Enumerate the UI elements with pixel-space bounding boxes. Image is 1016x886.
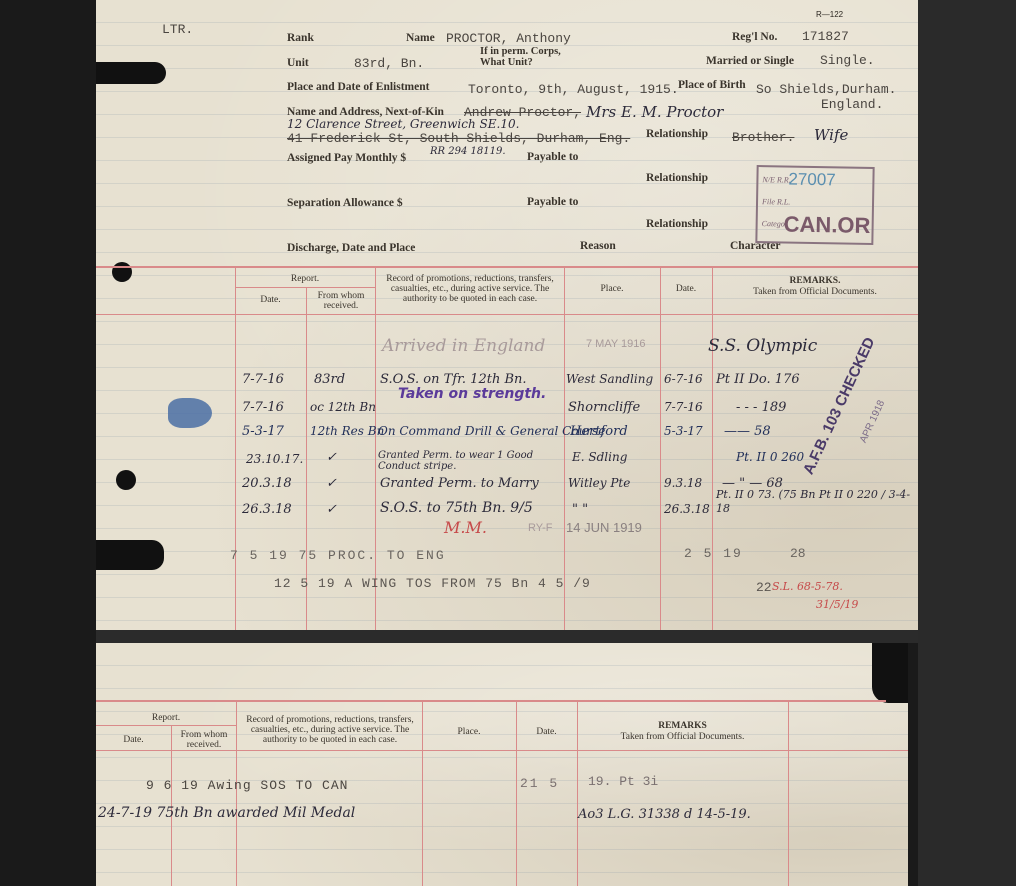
typed-row-date: 2 5 19 bbox=[684, 546, 743, 561]
handwritten-row: 24-7-19 75th Bn awarded Mil Medal bbox=[98, 805, 355, 821]
header-date: Date. bbox=[96, 735, 171, 745]
stamp-label-catego: Catego bbox=[762, 219, 785, 228]
torn-edge bbox=[872, 643, 908, 703]
header-place: Place. bbox=[422, 727, 516, 737]
ink-blot bbox=[168, 398, 212, 428]
separation-label: Separation Allowance $ bbox=[287, 197, 403, 209]
row-remarks: - - - 189 bbox=[736, 400, 786, 415]
red-note-date: 31/5/19 bbox=[816, 598, 858, 611]
header-remarks-sub: Taken from Official Documents. bbox=[577, 732, 788, 742]
typed-row-remarks: 28 bbox=[790, 546, 806, 561]
header-place: Place. bbox=[564, 284, 660, 294]
afb-checked-stamp: A.F.B. 103 CHECKED bbox=[800, 335, 878, 477]
left-background bbox=[0, 0, 96, 886]
row-from: 12th Res Bn bbox=[310, 424, 384, 438]
row-place: Witley Pte bbox=[568, 476, 630, 490]
row-place: " " bbox=[572, 502, 588, 517]
pay-label: Assigned Pay Monthly $ bbox=[287, 152, 406, 164]
ship-note: S.S. Olympic bbox=[708, 336, 817, 356]
header-record: Record of promotions, reductions, transf… bbox=[238, 715, 422, 745]
row-from: oc 12th Bn bbox=[310, 400, 376, 414]
row-place: Shorncliffe bbox=[568, 400, 640, 415]
row-remarks: Pt II Do. 176 bbox=[716, 372, 800, 387]
birth-label: Place of Birth bbox=[678, 79, 746, 91]
nok-address-struck: 41 Frederick St, South Shields, Durham, … bbox=[287, 131, 630, 146]
typed-row-remarks: 22 bbox=[756, 580, 772, 595]
header-from-whom: From whom received. bbox=[308, 291, 374, 311]
row-date-2: 6-7-16 bbox=[664, 372, 703, 386]
row-record: Granted Perm. to wear 1 Good Conduct str… bbox=[378, 450, 562, 472]
row-date: 5-3-17 bbox=[242, 424, 284, 439]
name-value: PROCTOR, Anthony bbox=[446, 31, 571, 46]
jun-1919-stamp: 14 JUN 1919 bbox=[566, 520, 642, 535]
table-top-rule bbox=[96, 700, 886, 702]
header-date-2: Date. bbox=[660, 284, 712, 294]
header-bottom-rule bbox=[96, 750, 908, 751]
handwritten-row-remarks: Ao3 L.G. 31338 d 14-5-19. bbox=[578, 807, 751, 822]
header-from-whom: From whom received. bbox=[172, 730, 236, 750]
mm-annotation: M.M. bbox=[444, 518, 487, 537]
row-remarks: Pt. II 0 260 bbox=[736, 450, 804, 464]
right-background bbox=[918, 0, 1016, 886]
typed-row: 9 6 19 Awing SOS TO CAN bbox=[146, 778, 348, 793]
unit-label: Unit bbox=[287, 57, 309, 69]
regl-no-value: 171827 bbox=[802, 29, 849, 44]
relationship-label-2: Relationship bbox=[646, 172, 708, 184]
row-record: S.O.S. to 75th Bn. 9/5 bbox=[380, 500, 533, 516]
rf-stamp: RY-F bbox=[528, 522, 552, 534]
stamp-label-ne: N/E R.R. bbox=[762, 175, 790, 184]
relationship-label: Relationship bbox=[646, 128, 708, 140]
typed-row-date: 21 5 bbox=[520, 776, 559, 791]
married-value: Single. bbox=[820, 53, 875, 68]
typed-row: 7 5 19 75 PROC. TO ENG bbox=[230, 548, 446, 563]
payable-to-label-2: Payable to bbox=[527, 196, 578, 208]
row-from-check: ✓ bbox=[326, 502, 337, 517]
rank-label: Rank bbox=[287, 32, 314, 44]
header-report: Report. bbox=[235, 274, 375, 284]
header-bottom-rule bbox=[96, 314, 918, 315]
card-separator bbox=[96, 630, 918, 643]
punch-hole bbox=[112, 262, 132, 282]
row-date: 23.10.17. bbox=[246, 452, 303, 466]
relationship-new: Wife bbox=[814, 126, 848, 144]
row-record: Granted Perm. to Marry bbox=[380, 476, 539, 491]
payable-to-label: Payable to bbox=[527, 151, 578, 163]
relationship-label-3: Relationship bbox=[646, 218, 708, 230]
name-label: Name bbox=[406, 32, 435, 44]
header-remarks: REMARKS. bbox=[712, 276, 918, 286]
row-place: Hertford bbox=[570, 424, 628, 439]
header-remarks: REMARKS bbox=[577, 721, 788, 731]
report-underline bbox=[235, 287, 375, 288]
row-record: S.O.S. on Tfr. 12th Bn. bbox=[380, 372, 527, 387]
report-underline bbox=[96, 725, 236, 726]
header-date-2: Date. bbox=[516, 727, 577, 737]
birth-value-country: England. bbox=[821, 97, 883, 112]
header-record: Record of promotions, reductions, transf… bbox=[378, 274, 562, 304]
row-date: 20.3.18 bbox=[242, 476, 292, 491]
arrived-date-stamp: 7 MAY 1916 bbox=[586, 338, 646, 350]
typed-row-remarks: 19. Pt 3i bbox=[588, 774, 658, 789]
header-date: Date. bbox=[235, 295, 306, 305]
row-date: 7-7-16 bbox=[242, 400, 284, 415]
torn-edge bbox=[96, 540, 164, 570]
perm-corps-label: If in perm. Corps, bbox=[480, 46, 561, 57]
service-record-card-back: Report. Date. From whom received. Record… bbox=[96, 643, 908, 886]
stamp-label-file: File R.L. bbox=[762, 197, 790, 206]
row-place: E. Sdling bbox=[572, 450, 627, 464]
stamp-number: 27007 bbox=[788, 170, 836, 191]
enlistment-value: Toronto, 9th, August, 1915. bbox=[468, 82, 679, 97]
row-date-2: 5-3-17 bbox=[664, 424, 703, 438]
what-unit-label: What Unit? bbox=[480, 57, 533, 68]
row-date-2: 9.3.18 bbox=[664, 476, 702, 490]
birth-value: So Shields,Durham. bbox=[756, 82, 896, 97]
row-date: 7-7-16 bbox=[242, 372, 284, 387]
red-note: S.L. 68-5-78. bbox=[772, 580, 843, 593]
typed-row: 12 5 19 A WING TOS FROM 75 Bn 4 5 /9 bbox=[274, 576, 591, 591]
discharge-label: Discharge, Date and Place bbox=[287, 242, 415, 254]
record-stamp: N/E R.R. 27007 File R.L. Catego CAN.OR bbox=[755, 165, 874, 245]
row-remarks: —— 58 bbox=[724, 424, 771, 439]
unit-value: 83rd, Bn. bbox=[354, 56, 424, 71]
torn-edge bbox=[96, 62, 166, 84]
header-report: Report. bbox=[96, 713, 236, 723]
nok-address-new: 12 Clarence Street, Greenwich SE.10. bbox=[287, 117, 519, 131]
header-remarks-sub: Taken from Official Documents. bbox=[712, 287, 918, 297]
nok-new: Mrs E. M. Proctor bbox=[586, 103, 723, 121]
married-label: Married or Single bbox=[706, 55, 794, 67]
file-mark: LTR. bbox=[162, 22, 193, 37]
relationship-struck: Brother. bbox=[732, 130, 794, 145]
row-from: 83rd bbox=[314, 372, 345, 387]
row-from-check: ✓ bbox=[326, 476, 337, 491]
regl-no-label: Reg'l No. bbox=[732, 31, 777, 43]
reason-label: Reason bbox=[580, 240, 616, 252]
row-date-2: 7-7-16 bbox=[664, 400, 703, 414]
punch-hole bbox=[116, 470, 136, 490]
row-date-2: 26.3.18 bbox=[664, 502, 710, 516]
row-date: 26.3.18 bbox=[242, 502, 292, 517]
stamp-category: CAN.OR bbox=[783, 211, 870, 239]
arrived-note: Arrived in England bbox=[382, 336, 545, 356]
table-top-rule bbox=[96, 266, 918, 268]
row-remarks: Pt. II 0 73. (75 Bn Pt II 0 220 / 3-4-18 bbox=[716, 488, 916, 516]
pay-note: RR 294 18119. bbox=[430, 146, 506, 157]
checked-date-stamp: APR 1918 bbox=[858, 399, 887, 445]
service-record-card-front: R—122 LTR. Rank Name PROCTOR, Anthony Re… bbox=[96, 0, 918, 630]
form-number: R—122 bbox=[816, 10, 843, 19]
row-from-check: ✓ bbox=[326, 450, 337, 465]
taken-on-strength-stamp: Taken on strength. bbox=[398, 386, 546, 402]
enlistment-label: Place and Date of Enlistment bbox=[287, 81, 429, 93]
row-place: West Sandling bbox=[566, 372, 653, 386]
